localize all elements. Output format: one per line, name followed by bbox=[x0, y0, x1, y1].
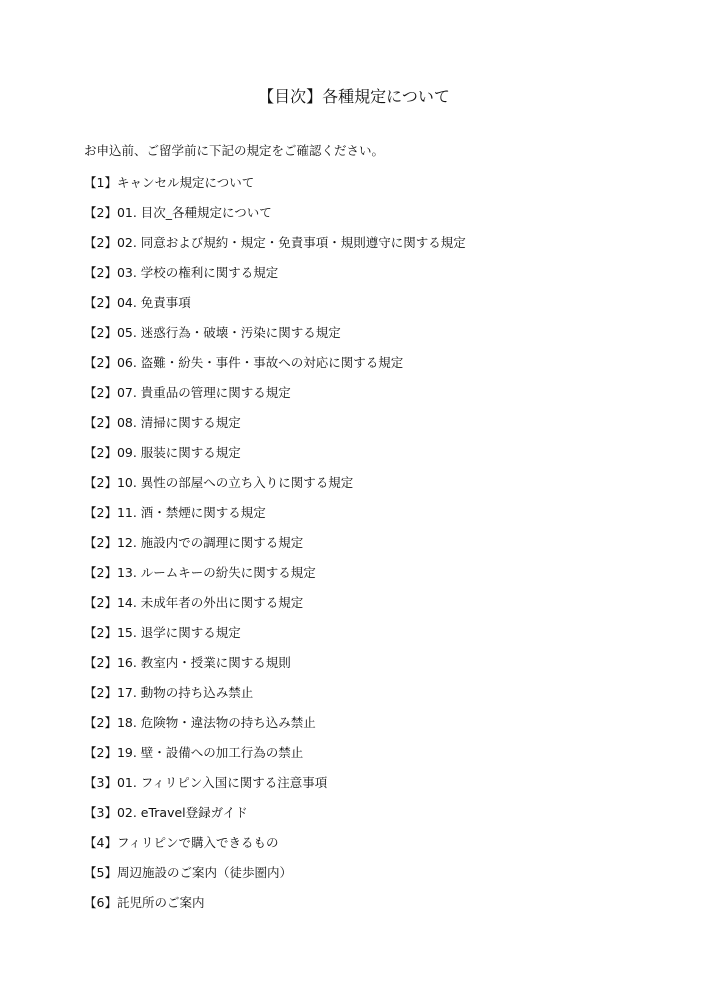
toc-item-2-08[interactable]: 【2】08. 清掃に関する規定 bbox=[84, 414, 466, 444]
toc-item-label: 【2】10. 異性の部屋への立ち入りに関する規定 bbox=[84, 475, 353, 490]
toc-item-2-11[interactable]: 【2】11. 酒・禁煙に関する規定 bbox=[84, 504, 466, 534]
toc-item-6[interactable]: 【6】託児所のご案内 bbox=[84, 894, 466, 924]
toc-item-3-01[interactable]: 【3】01. フィリピン入国に関する注意事項 bbox=[84, 774, 466, 804]
toc-item-2-19[interactable]: 【2】19. 壁・設備への加工行為の禁止 bbox=[84, 744, 466, 774]
toc-item-2-17[interactable]: 【2】17. 動物の持ち込み禁止 bbox=[84, 684, 466, 714]
toc-item-cancellation[interactable]: 【1】キャンセル規定について bbox=[84, 174, 466, 204]
toc-item-2-05[interactable]: 【2】05. 迷惑行為・破壊・汚染に関する規定 bbox=[84, 324, 466, 354]
toc-item-2-16[interactable]: 【2】16. 教室内・授業に関する規則 bbox=[84, 654, 466, 684]
toc-item-3-02[interactable]: 【3】02. eTravel登録ガイド bbox=[84, 804, 466, 834]
intro-text: お申込前、ご留学前に下記の規定をご確認ください。 bbox=[84, 142, 384, 160]
toc-item-2-02[interactable]: 【2】02. 同意および規約・規定・免責事項・規則遵守に関する規定 bbox=[84, 234, 466, 264]
toc-item-label: 【3】01. フィリピン入国に関する注意事項 bbox=[84, 775, 327, 790]
toc-item-2-15[interactable]: 【2】15. 退学に関する規定 bbox=[84, 624, 466, 654]
toc-item-2-04[interactable]: 【2】04. 免責事項 bbox=[84, 294, 466, 324]
toc-item-label: 【2】11. 酒・禁煙に関する規定 bbox=[84, 505, 266, 520]
toc-item-2-10[interactable]: 【2】10. 異性の部屋への立ち入りに関する規定 bbox=[84, 474, 466, 504]
toc-item-5[interactable]: 【5】周辺施設のご案内（徒歩圏内） bbox=[84, 864, 466, 894]
toc-item-label: 【2】04. 免責事項 bbox=[84, 295, 191, 310]
toc-item-2-07[interactable]: 【2】07. 貴重品の管理に関する規定 bbox=[84, 384, 466, 414]
toc-item-label: 【2】06. 盗難・紛失・事件・事故への対応に関する規定 bbox=[84, 355, 403, 370]
page-title: 【目次】各種規定について bbox=[0, 86, 708, 108]
toc-item-label: 【2】15. 退学に関する規定 bbox=[84, 625, 241, 640]
toc-item-label: 【2】01. 目次_各種規定について bbox=[84, 205, 272, 220]
table-of-contents: 【1】キャンセル規定について 【2】01. 目次_各種規定について 【2】02.… bbox=[84, 174, 466, 924]
toc-item-label: 【6】託児所のご案内 bbox=[84, 895, 204, 910]
toc-item-2-18[interactable]: 【2】18. 危険物・違法物の持ち込み禁止 bbox=[84, 714, 466, 744]
toc-item-label: 【2】16. 教室内・授業に関する規則 bbox=[84, 655, 291, 670]
toc-item-label: 【2】17. 動物の持ち込み禁止 bbox=[84, 685, 253, 700]
toc-item-label: 【2】19. 壁・設備への加工行為の禁止 bbox=[84, 745, 303, 760]
toc-item-2-03[interactable]: 【2】03. 学校の権利に関する規定 bbox=[84, 264, 466, 294]
toc-item-label: 【2】03. 学校の権利に関する規定 bbox=[84, 265, 278, 280]
toc-item-label: 【2】05. 迷惑行為・破壊・汚染に関する規定 bbox=[84, 325, 341, 340]
toc-item-label: 【4】フィリピンで購入できるもの bbox=[84, 835, 278, 850]
toc-item-2-13[interactable]: 【2】13. ルームキーの紛失に関する規定 bbox=[84, 564, 466, 594]
toc-item-label: 【3】02. eTravel登録ガイド bbox=[84, 805, 248, 820]
toc-item-2-14[interactable]: 【2】14. 未成年者の外出に関する規定 bbox=[84, 594, 466, 624]
toc-item-label: 【2】09. 服装に関する規定 bbox=[84, 445, 241, 460]
toc-item-label: 【2】14. 未成年者の外出に関する規定 bbox=[84, 595, 303, 610]
toc-item-2-01[interactable]: 【2】01. 目次_各種規定について bbox=[84, 204, 466, 234]
toc-item-label: 【5】周辺施設のご案内（徒歩圏内） bbox=[84, 865, 292, 880]
toc-item-label: 【2】08. 清掃に関する規定 bbox=[84, 415, 241, 430]
toc-item-label: 【2】18. 危険物・違法物の持ち込み禁止 bbox=[84, 715, 316, 730]
toc-item-label: 【2】07. 貴重品の管理に関する規定 bbox=[84, 385, 291, 400]
toc-item-label: 【1】キャンセル規定について bbox=[84, 175, 254, 190]
toc-item-label: 【2】02. 同意および規約・規定・免責事項・規則遵守に関する規定 bbox=[84, 235, 466, 250]
toc-item-label: 【2】13. ルームキーの紛失に関する規定 bbox=[84, 565, 316, 580]
toc-item-2-09[interactable]: 【2】09. 服装に関する規定 bbox=[84, 444, 466, 474]
toc-item-2-06[interactable]: 【2】06. 盗難・紛失・事件・事故への対応に関する規定 bbox=[84, 354, 466, 384]
toc-item-4[interactable]: 【4】フィリピンで購入できるもの bbox=[84, 834, 466, 864]
toc-item-2-12[interactable]: 【2】12. 施設内での調理に関する規定 bbox=[84, 534, 466, 564]
toc-item-label: 【2】12. 施設内での調理に関する規定 bbox=[84, 535, 303, 550]
